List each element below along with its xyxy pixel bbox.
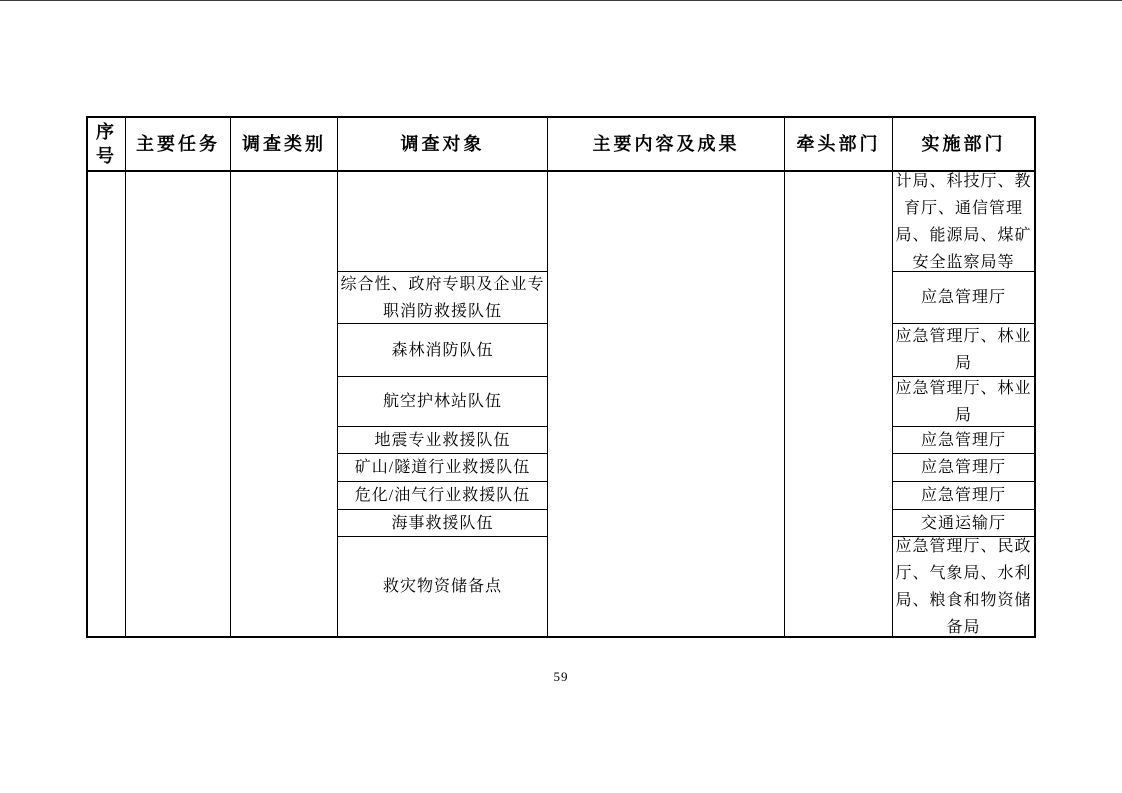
implementing-department-cell: 应急管理厅: [893, 427, 1034, 454]
implementing-department-cell: 应急管理厅、林业局: [893, 324, 1034, 377]
header-cell-survey-target: 调查对象: [338, 118, 548, 172]
header-cell-lead-department: 牵头部门: [785, 118, 893, 172]
survey-task-table: 序号 主要任务 调查类别 调查对象 主要内容及成果 牵头部门 实施部门 综合性、…: [86, 116, 1036, 638]
implementing-department-cell: 应急管理厅、民政厅、气象局、水利局、粮食和物资储备局: [893, 537, 1034, 636]
implementing-department-cell: 应急管理厅: [893, 272, 1034, 324]
window-top-edge: [0, 0, 1122, 1]
survey-target-cell: 救灾物资储备点: [338, 537, 548, 636]
survey-target-cell: 地震专业救援队伍: [338, 427, 548, 454]
implementing-department-cell: 计局、科技厅、教育厅、通信管理局、能源局、煤矿安全监察局等: [893, 172, 1034, 272]
header-cell-implementing-department: 实施部门: [893, 118, 1034, 172]
header-cell-main-task: 主要任务: [126, 118, 231, 172]
survey-target-cell: [338, 172, 548, 272]
header-cell-content-results: 主要内容及成果: [548, 118, 785, 172]
survey-target-cell: 矿山/隧道行业救援队伍: [338, 454, 548, 482]
survey-target-cell: 危化/油气行业救援队伍: [338, 482, 548, 510]
header-cell-survey-category: 调查类别: [231, 118, 338, 172]
implementing-department-cell: 交通运输厅: [893, 510, 1034, 537]
body-cell-main-task: [126, 172, 231, 636]
implementing-department-cell: 应急管理厅: [893, 454, 1034, 482]
header-cell-seq: 序号: [88, 118, 126, 172]
survey-target-cell: 综合性、政府专职及企业专职消防救援队伍: [338, 272, 548, 324]
implementing-department-cell: 应急管理厅: [893, 482, 1034, 510]
body-cell-survey-category: [231, 172, 338, 636]
body-cell-lead-department: [785, 172, 893, 636]
implementing-department-cell: 应急管理厅、林业局: [893, 377, 1034, 427]
survey-target-cell: 森林消防队伍: [338, 324, 548, 377]
page-number: 59: [0, 669, 1122, 685]
document-page: { "page": { "number": "59", "background_…: [0, 0, 1122, 793]
survey-target-cell: 海事救援队伍: [338, 510, 548, 537]
survey-target-cell: 航空护林站队伍: [338, 377, 548, 427]
body-cell-content-results: [548, 172, 785, 636]
body-cell-seq: [88, 172, 126, 636]
